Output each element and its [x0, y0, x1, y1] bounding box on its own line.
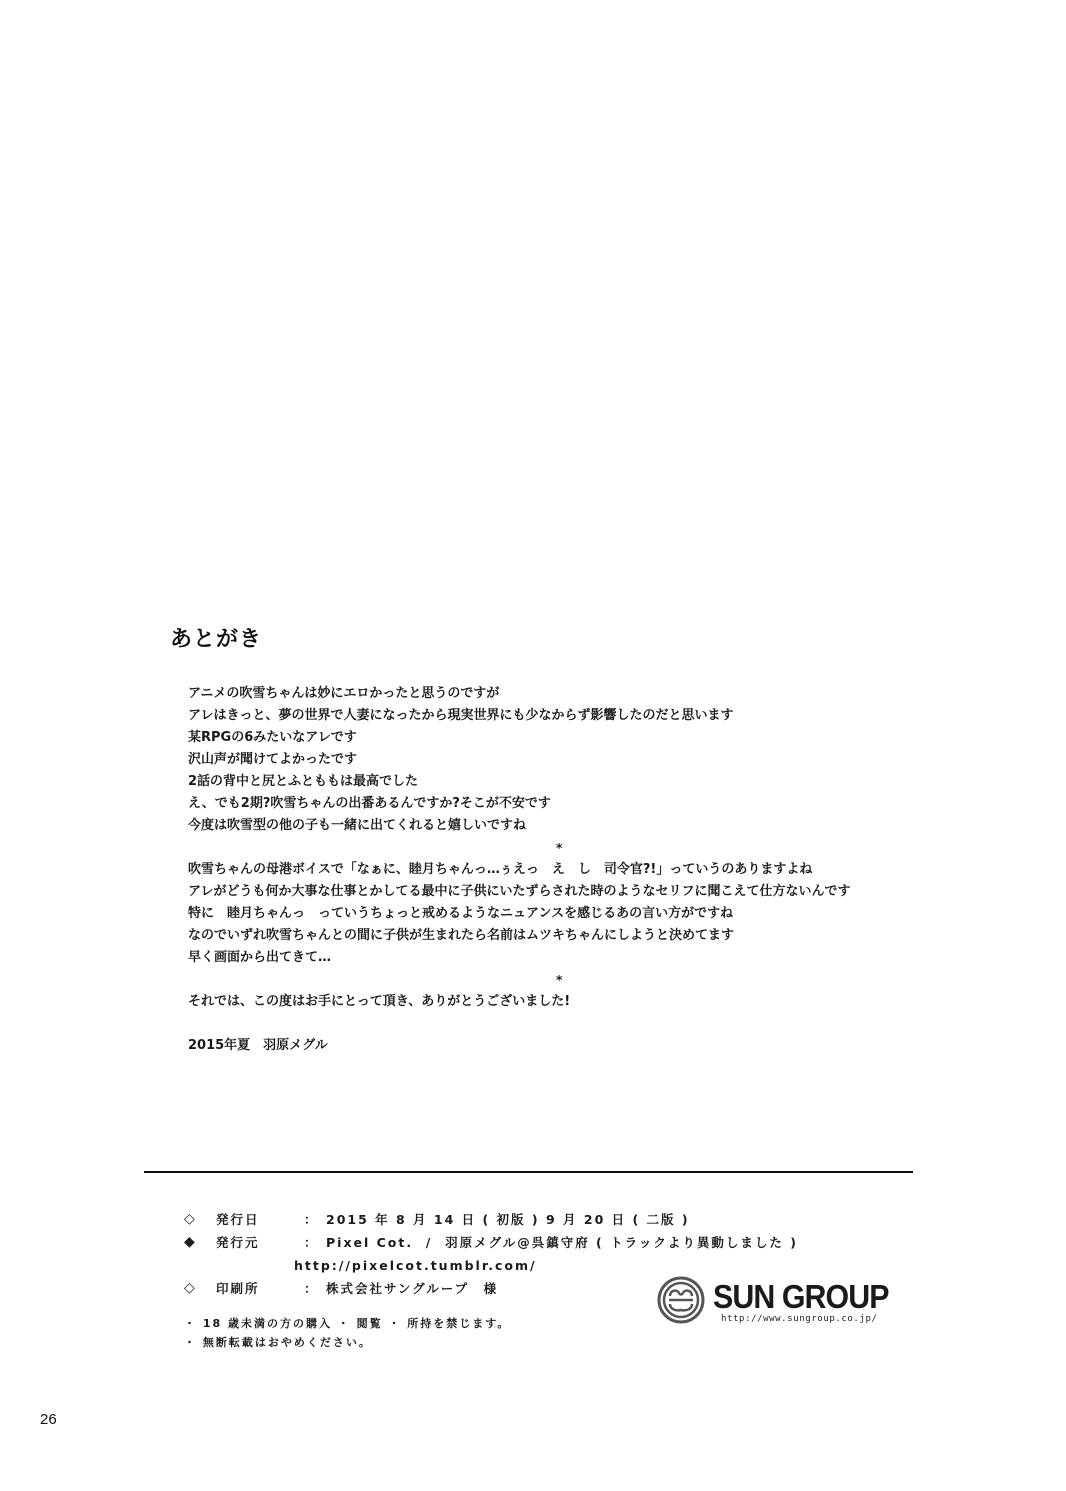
afterword-line: 某RPGの6みたいなアレです [188, 727, 948, 749]
section-separator: * [188, 837, 948, 859]
afterword-line: アニメの吹雪ちゃんは妙にエロかったと思うのですが [188, 683, 948, 705]
afterword-heading: あとがき [170, 622, 262, 653]
colophon-separator: ： [304, 1231, 326, 1254]
afterword-line: え、でも2期?吹雪ちゃんの出番あるんですか?そこが不安です [188, 793, 948, 815]
afterword-line: 今度は吹雪型の他の子も一緒に出てくれると嬉しいですね [188, 815, 948, 837]
afterword-line: アレがどうも何か大事な仕事とかしてる最中に子供にいたずらされた時のようなセリフに… [188, 881, 948, 903]
notice-no-reprint: ・ 無断転載はおやめください。 [184, 1333, 510, 1352]
colophon-label: 発行元 [216, 1231, 304, 1254]
colophon-value: Pixel Cot. / 羽原メグル@呉鎮守府 ( トラックより異動しました ) [326, 1231, 798, 1254]
afterword-line: それでは、この度はお手にとって頂き、ありがとうございました! [188, 991, 948, 1013]
logo-url: http://www.sungroup.co.jp/ [721, 1314, 877, 1324]
colophon-row-publish-date: ◇ 発行日 ： 2015 年 8 月 14 日 ( 初版 ) 9 月 20 日 … [184, 1208, 798, 1231]
hollow-diamond-icon: ◇ [184, 1277, 216, 1300]
colophon-row-publisher-url: http://pixelcot.tumblr.com/ [184, 1254, 798, 1277]
afterword-line: アレはきっと、夢の世界で人妻になったから現実世界にも少なからず影響したのだと思い… [188, 705, 948, 727]
hollow-diamond-icon: ◇ [184, 1208, 216, 1231]
filled-diamond-icon: ◆ [184, 1231, 216, 1254]
printer-logo: SUN GROUP http://www.sungroup.co.jp/ [657, 1276, 917, 1328]
star-separator-icon: * [556, 837, 562, 859]
section-separator: * [188, 969, 948, 991]
signature: 2015年夏 羽原メグル [188, 1034, 328, 1053]
afterword-line: 吹雪ちゃんの母港ボイスで「なぁに、睦月ちゃんっ…ぅえっ え し 司令官?!」って… [188, 859, 948, 881]
notices: ・ 18 歳未満の方の購入 ・ 閲覧 ・ 所持を禁じます。 ・ 無断転載はおやめ… [184, 1314, 510, 1352]
afterword-body: アニメの吹雪ちゃんは妙にエロかったと思うのですが アレはきっと、夢の世界で人妻に… [188, 683, 948, 1013]
colophon-label: 印刷所 [216, 1277, 304, 1300]
page-number: 26 [40, 1411, 57, 1428]
divider [144, 1171, 913, 1173]
colophon-row-publisher: ◆ 発行元 ： Pixel Cot. / 羽原メグル@呉鎮守府 ( トラックより… [184, 1231, 798, 1254]
colophon-separator: ： [304, 1208, 326, 1231]
logo-wordmark: SUN GROUP [713, 1278, 889, 1316]
publisher-url-link[interactable]: http://pixelcot.tumblr.com/ [294, 1254, 537, 1277]
colophon-label: 発行日 [216, 1208, 304, 1231]
afterword-line: なのでいずれ吹雪ちゃんとの間に子供が生まれたら名前はムツキちゃんにしようと決めて… [188, 925, 948, 947]
colophon-separator: ： [304, 1277, 326, 1300]
notice-age-restriction: ・ 18 歳未満の方の購入 ・ 閲覧 ・ 所持を禁じます。 [184, 1314, 510, 1333]
colophon-value: 2015 年 8 月 14 日 ( 初版 ) 9 月 20 日 ( 二版 ) [326, 1208, 690, 1231]
afterword-line: 2話の背中と尻とふとももは最高でした [188, 771, 948, 793]
colophon-value: 株式会社サングループ 様 [326, 1277, 498, 1300]
afterword-line: 特に 睦月ちゃんっ っていうちょっと戒めるようなニュアンスを感じるあの言い方がで… [188, 903, 948, 925]
afterword-line: 沢山声が聞けてよかったです [188, 749, 948, 771]
afterword-line: 早く画面から出てきて… [188, 947, 948, 969]
sun-group-logo-icon [657, 1276, 705, 1324]
star-separator-icon: * [556, 969, 562, 991]
